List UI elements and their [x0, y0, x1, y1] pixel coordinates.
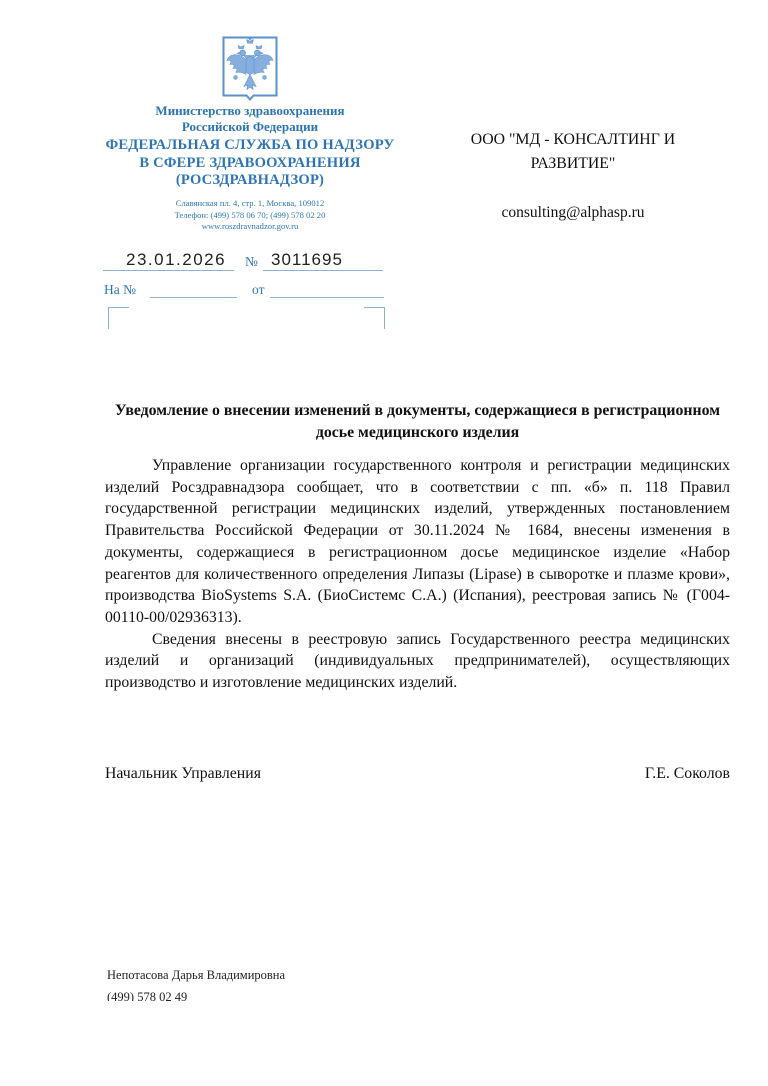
- letterhead-address: Славянская пл. 4, стр. 1, Москва, 109012: [90, 198, 410, 210]
- ministry-line-2: Российской Федерации: [90, 119, 410, 135]
- service-line-2: В СФЕРЕ ЗДРАВООХРАНЕНИЯ: [90, 155, 410, 173]
- document-body: Управление организации государственного …: [105, 455, 730, 694]
- date-underline: [103, 270, 234, 271]
- reply-to-label: На №: [104, 282, 136, 298]
- document-title: Уведомление о внесении изменений в докум…: [105, 400, 730, 444]
- service-line-3: (РОСЗДРАВНАДЗОР): [90, 172, 410, 190]
- letter-page: Министерство здравоохранения Российской …: [0, 0, 768, 1086]
- ministry-line-1: Министерство здравоохранения: [90, 103, 410, 119]
- number-underline: [263, 270, 383, 271]
- coat-of-arms-icon: [222, 36, 278, 102]
- letter-number: 3011695: [271, 250, 343, 270]
- reply-from-label: от: [252, 282, 264, 298]
- letterhead-website: www.roszdravnadzor.gov.ru: [90, 221, 410, 233]
- number-sign: №: [245, 254, 258, 270]
- ministry-name: Министерство здравоохранения Российской …: [90, 103, 410, 134]
- address-zone-corner-left: [108, 307, 129, 329]
- signer-name: Г.Е. Соколов: [645, 765, 730, 783]
- letter-date: 23.01.2026: [126, 250, 226, 270]
- address-zone-corner-right: [364, 307, 385, 329]
- service-name: ФЕДЕРАЛЬНАЯ СЛУЖБА ПО НАДЗОРУ В СФЕРЕ ЗД…: [90, 137, 410, 190]
- body-paragraph-1: Управление организации государственного …: [105, 455, 730, 629]
- recipient-email: consulting@alphasp.ru: [438, 204, 708, 222]
- signature-row: Начальник Управления Г.Е. Соколов: [105, 765, 730, 783]
- executor-phone: (499) 578 02 49: [107, 990, 187, 1001]
- letterhead-phones: Телефон: (499) 578 06 70; (499) 578 02 2…: [90, 210, 410, 222]
- recipient-name: ООО "МД - КОНСАЛТИНГ И РАЗВИТИЕ": [438, 128, 708, 176]
- reply-date-underline: [270, 297, 384, 298]
- reply-number-underline: [150, 297, 237, 298]
- executor-name: Непотасова Дарья Владимировна: [107, 968, 285, 983]
- signer-position: Начальник Управления: [105, 765, 261, 783]
- letterhead-contact: Славянская пл. 4, стр. 1, Москва, 109012…: [90, 198, 410, 233]
- body-paragraph-2: Сведения внесены в реестровую запись Гос…: [105, 629, 730, 694]
- service-line-1: ФЕДЕРАЛЬНАЯ СЛУЖБА ПО НАДЗОРУ: [90, 137, 410, 155]
